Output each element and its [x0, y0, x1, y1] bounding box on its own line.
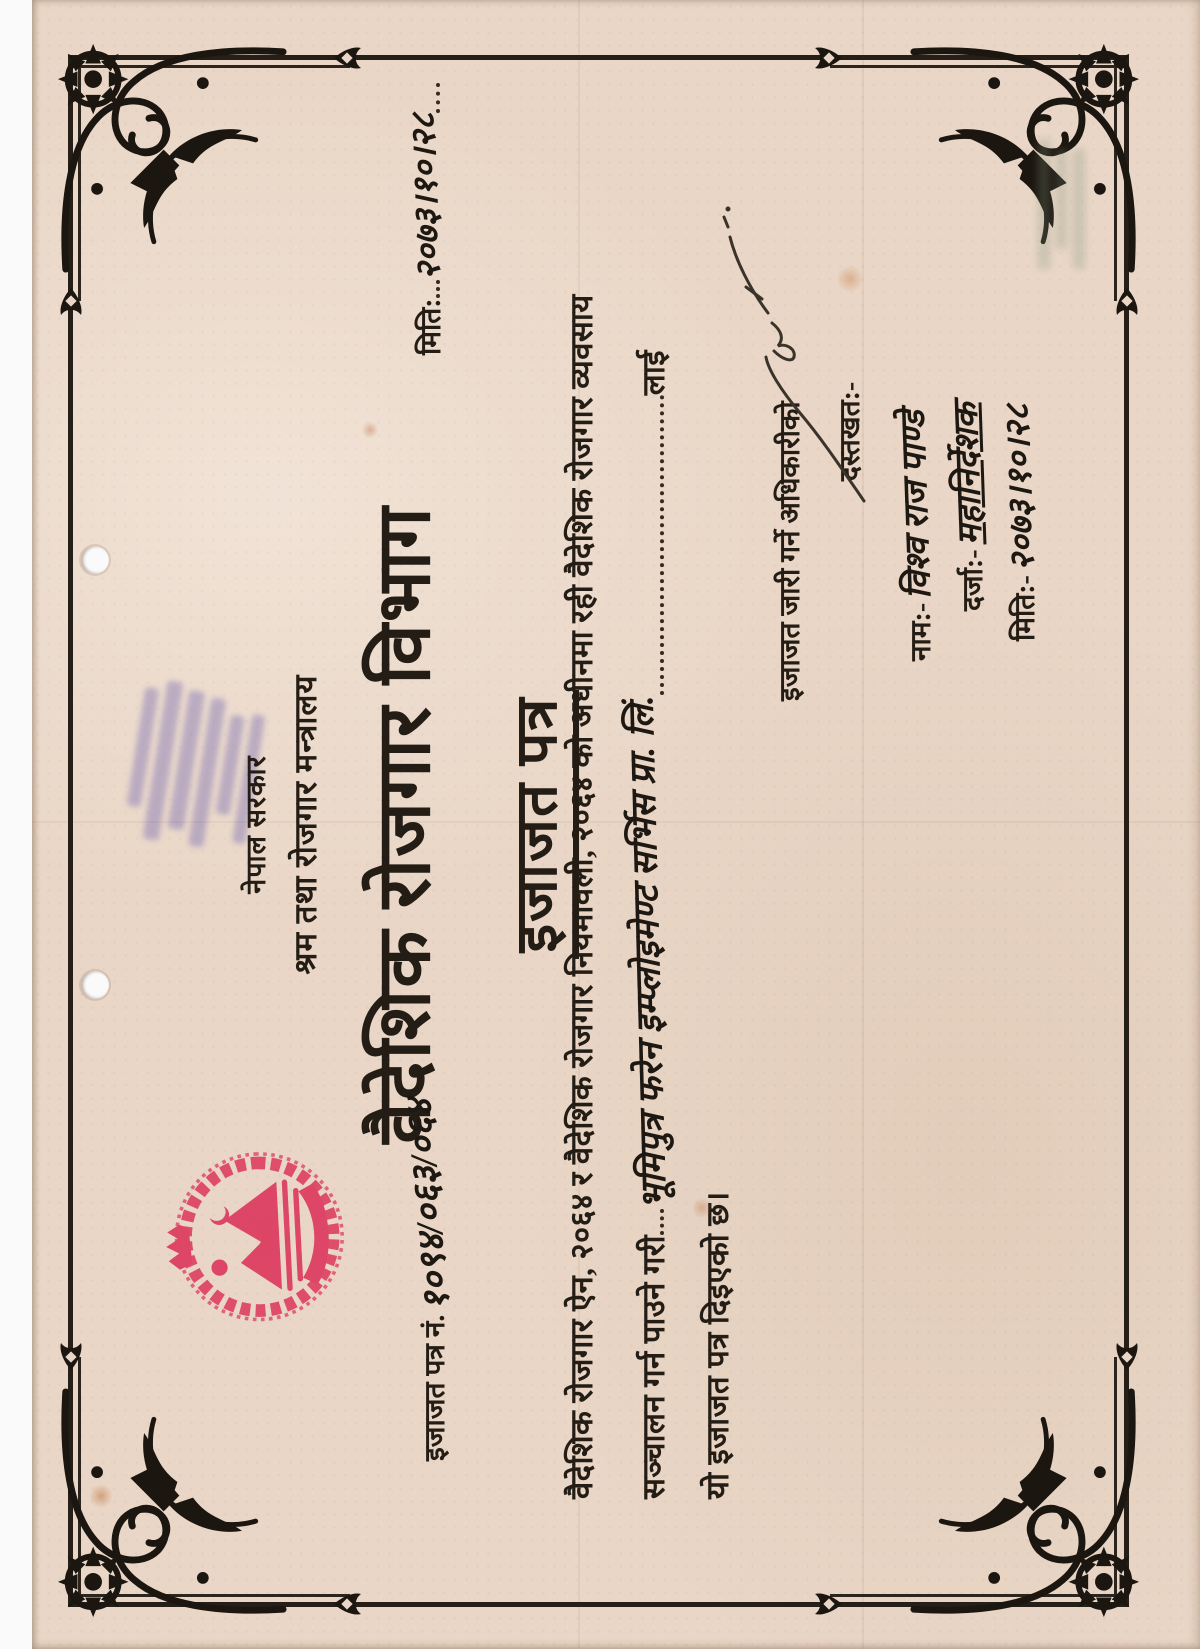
designation-value: महानिर्देशक	[941, 403, 992, 547]
body-line-2: सञ्चालन गर्न पाउने गरीभूमिपुत्र फरेन इम्…	[628, 350, 675, 1499]
punch-hole	[81, 971, 109, 999]
punch-hole	[81, 546, 109, 574]
border-arrow-icon	[814, 1592, 844, 1616]
certificate-paper: नेपाल सरकार श्रम तथा रोजगार मन्त्रालय वै…	[32, 0, 1200, 1649]
government-heading: नेपाल सरकार	[236, 0, 273, 1649]
body-line-1: वैदेशिक रोजगार ऐन, २०६४ र वैदेशिक रोजगार…	[560, 294, 602, 1499]
certificate-landscape-content: नेपाल सरकार श्रम तथा रोजगार मन्त्रालय वै…	[32, 0, 1200, 1649]
name-label: नाम:-	[906, 603, 937, 661]
issue-date-value: २०७३।१०।२८	[398, 113, 450, 282]
designation-line: दर्जा:- महानिर्देशक	[946, 403, 992, 611]
license-number-label: इजाजत पत्र नं.	[420, 1315, 451, 1461]
signature-date-line: मिति:- २०७३।१०।२८	[998, 404, 1044, 641]
ministry-heading: श्रम तथा रोजगार मन्त्रालय	[284, 0, 326, 1649]
signature-date-label: मिति:-	[1010, 575, 1041, 641]
border-arrow-icon	[814, 46, 844, 70]
corner-flourish-icon	[908, 40, 1143, 275]
name-value: विश्व राज पाण्डे	[888, 410, 941, 600]
issue-date-line: मिति:२०७३।१०।२८	[404, 83, 450, 355]
body-line-3: यो इजाजत पत्र दिइएको छ।	[696, 1191, 738, 1499]
name-line: नाम:- विश्व राज पाण्डे	[894, 410, 940, 661]
paper-crease	[32, 821, 1200, 823]
license-number-line: इजाजत पत्र नं. १०९४/०६३/०६४	[404, 1098, 455, 1461]
border-arrow-icon	[59, 1342, 83, 1372]
paper-crease	[578, 0, 580, 1649]
border-arrow-icon	[1115, 286, 1139, 316]
body-line-2-prefix: सञ्चालन गर्न पाउने गरी	[636, 1235, 671, 1499]
designation-label: दर्जा:-	[958, 549, 989, 611]
bleed-through-smudge	[1032, 119, 1091, 269]
body-line-2-suffix: लाई	[636, 350, 671, 395]
corner-flourish-icon	[908, 1386, 1143, 1621]
paper-crease	[862, 0, 864, 1649]
issue-date-label: मिति:	[416, 298, 447, 355]
company-name-value: भूमिपुत्र फरेन इम्प्लोइमेण्ट सर्भिस प्रा…	[616, 695, 676, 1210]
signature-date-value: २०७३।१०।२८	[992, 403, 1044, 572]
signature-scribble	[722, 179, 872, 509]
scanned-certificate-page: { "page": { "government": "नेपाल सरकार",…	[0, 0, 1200, 1649]
border-arrow-icon	[1115, 1342, 1139, 1372]
border-arrow-icon	[59, 286, 83, 316]
